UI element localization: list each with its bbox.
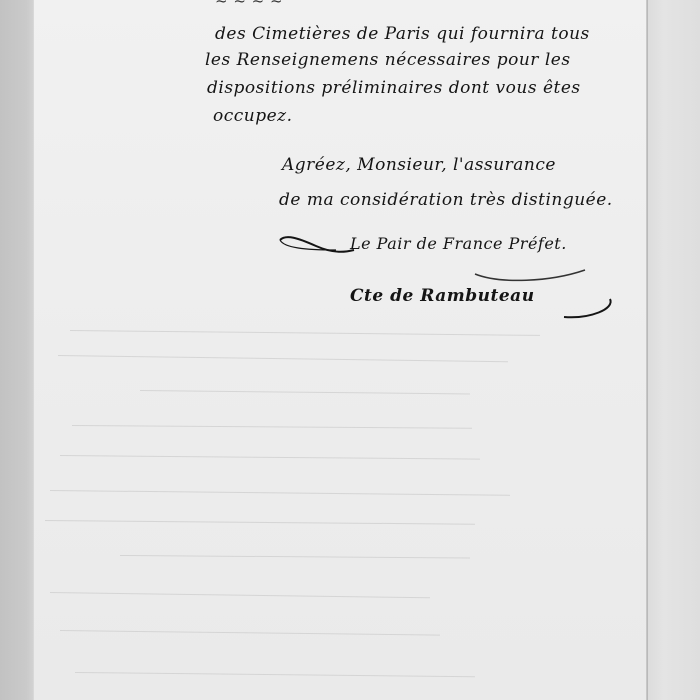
- signature-title: Le Pair de France Préfet.: [350, 234, 567, 253]
- closing-line-2: de ma considération très distinguée.: [279, 190, 613, 210]
- cut-off-text-line: ~ ~ ~ ~: [215, 0, 283, 10]
- signature-name: Cte de Rambuteau: [350, 286, 535, 306]
- letter-page: [33, 0, 648, 700]
- signature-underline-flourish: [560, 295, 620, 321]
- closing-line-1: Agréez, Monsieur, l'assurance: [282, 155, 556, 175]
- letter-body-line-1: des Cimetières de Paris qui fournira tou…: [215, 24, 590, 44]
- letter-body-line-2: les Renseignemens nécessaires pour les: [205, 50, 571, 70]
- title-underline-flourish: [470, 268, 590, 288]
- letter-body-line-3: dispositions préliminaires dont vous ête…: [207, 78, 581, 98]
- signature-flourish: [276, 232, 356, 258]
- letter-body-line-4: occupez.: [213, 106, 293, 126]
- scan-background-left: [0, 0, 33, 700]
- scan-background-right: [648, 0, 700, 700]
